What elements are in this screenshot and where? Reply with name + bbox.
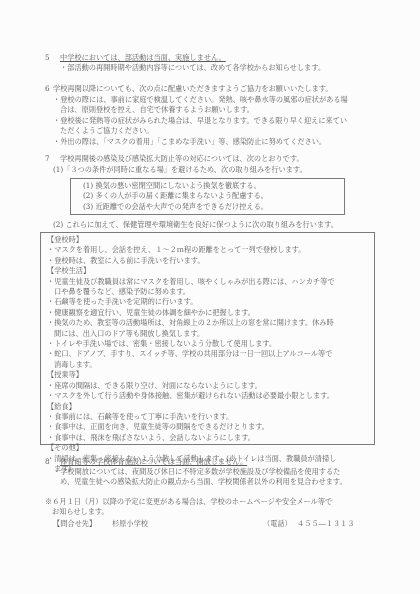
condition-item: (3) 近距離での会話や大声での発声をできるだけ控える。 (83, 202, 344, 212)
section-7-number: 7 (45, 154, 50, 164)
notice-line: お知らせします。 (45, 507, 332, 517)
section-7-sub1: (1)「３つの条件が同時に重なる場」を避けるため、次の取り組みを行います。 (53, 165, 307, 175)
section-6-bullets: ・登校の際には、事前に家庭で検温してください。発熱、咳や鼻水等の風邪の症状がある… (53, 95, 348, 147)
condition-item: (2) 多くの人が手の届く距離に集まらないよう配慮する。 (83, 191, 344, 201)
measure-item: ・児童生徒及び教職員は常にマスクを着用し、咳やくしゃみが出る際には、ハンカチ等で (47, 277, 374, 287)
measure-heading-arrival: 【登校時】 (47, 235, 374, 245)
measure-item: ・石鹸等を使った手洗いを定期的に行います。 (47, 297, 374, 307)
measure-item: ・食事前には、石鹸等を使って丁寧に手洗いを行います。 (47, 412, 374, 422)
measure-heading-school-life: 【学校生活】 (47, 266, 374, 276)
measure-heading-classes: 【授業等】 (47, 370, 374, 380)
phone-number: ４５５―１３１３ (297, 519, 355, 529)
measure-item: ・登校時は、教室に入る前に手洗いを行います。 (47, 256, 374, 266)
measure-item: 間には、出入口のドア等も開放し換気します。 (47, 329, 374, 339)
section-7-heading: 学校再開後の感染及び感染拡大防止等の対応については、次のとおりです。 (60, 154, 304, 164)
measure-item: ・座席の間隔は、できる限り空け、対面にならないようにします。 (47, 381, 374, 391)
measure-item: ・食事中は、飛沫を飛ばさないよう、会話しないようにします。 (47, 433, 374, 443)
measure-item: ・蛇口、ドアノブ、手すり、スイッチ等、学校の共用部分は一日一回以上アルコール等で (47, 349, 374, 359)
section-6-number: 6 (45, 84, 50, 94)
condition-item: (1) 換気の悪い密閉空間にしないよう換気を徹底する。 (83, 181, 344, 191)
measure-item: ・マスクを外して行う活動や身体接触、密集が避けられない活動は必要最小限とします。 (47, 391, 374, 401)
bullet-line: ・登校の際には、事前に家庭で検温してください。発熱、咳や鼻水等の風邪の症状がある… (53, 95, 348, 105)
section-7-sub2: (2) これらに加えて、保健管理や環境衛生を良好に保つように次の取り組みを行いま… (53, 220, 338, 230)
measure-item: ・健康観察を適宜行い、児童生徒の体調を細やかに把握します。 (47, 308, 374, 318)
section-6-heading: 学校再開以降についても、次の点に配慮いただきますようご協力をお願いいたします。 (53, 84, 333, 94)
section-5-heading: 中学校においては、部活動は当面、実施しません。 (60, 53, 226, 63)
bullet-line: め、児童生徒への感染拡大防止の観点から当面、学校関係者以外の利用を見合わせます。 (53, 477, 347, 487)
measure-item: ・マスクを着用し、会話を控え、１～２ｍ程の距離をとって一列で登校します。 (47, 245, 374, 255)
section-8-number: 8 (45, 457, 50, 467)
three-conditions-box: (1) 換気の悪い密閉空間にしないよう換気を徹底する。 (2) 多くの人が手の届… (70, 178, 345, 215)
notice-line: ※６月１日（月）以降の予定に変更がある場合は、学校のホームページや安全メール等で (45, 497, 332, 507)
measure-item: ・トイレや手洗い場では、密集・密接しないよう分散して使用します。 (47, 339, 374, 349)
section-8-bullets: ・学校開放については、夜間及び休日に不特定多数が学校施設及び学校備品を使用するた… (53, 467, 347, 488)
school-name: 杉原小学校 (112, 519, 148, 529)
measure-heading-other: 【その他】 (47, 443, 374, 453)
measure-item: 消毒します。 (47, 360, 374, 370)
bullet-line: 合は、原則登校を控え、自宅で休養するようお願いします。 (53, 105, 348, 115)
section-5-bullet: ・部活動の再開時期や活動内容等については、改めて各学校からお知らせします。 (60, 63, 325, 73)
notice: ※６月１日（月）以降の予定に変更がある場合は、学校のホームページや安全メール等で… (45, 497, 332, 518)
bullet-line: ・外出の際は、「マスクの着用」「こまめな手洗い」等、感染防止に努めてください。 (53, 137, 348, 147)
bullet-line: ただくようご協力ください。 (53, 126, 348, 136)
section-8-heading: 体育館等の学校体育施設については当面、開放しません。 (60, 457, 247, 467)
measure-item: 口や鼻を覆うなど、感染予防に努めます。 (47, 287, 374, 297)
measure-heading-lunch: 【給食】 (47, 402, 374, 412)
contact-label: 【問合せ先】 (53, 519, 96, 529)
bullet-line: ・登校後に発熱等の症状がみられた場合は、早退となります。できる限り早く迎えに来て… (53, 116, 348, 126)
phone-label: （電話） (263, 519, 292, 529)
section-5-number: 5 (45, 53, 50, 63)
measures-box: 【登校時】 ・マスクを着用し、会話を控え、１～２ｍ程の距離をとって一列で登校しま… (40, 232, 375, 445)
measure-item: ・食事中は、正面を向き、児童生徒等の間隔をできるだけとります。 (47, 422, 374, 432)
bullet-line: ・学校開放については、夜間及び休日に不特定多数が学校施設及び学校備品を使用するた (53, 467, 347, 477)
measure-item: ・換気のため、教室等の活動場所は、対角線上の２か所以上の窓を常に開けます。休み時 (47, 318, 374, 328)
